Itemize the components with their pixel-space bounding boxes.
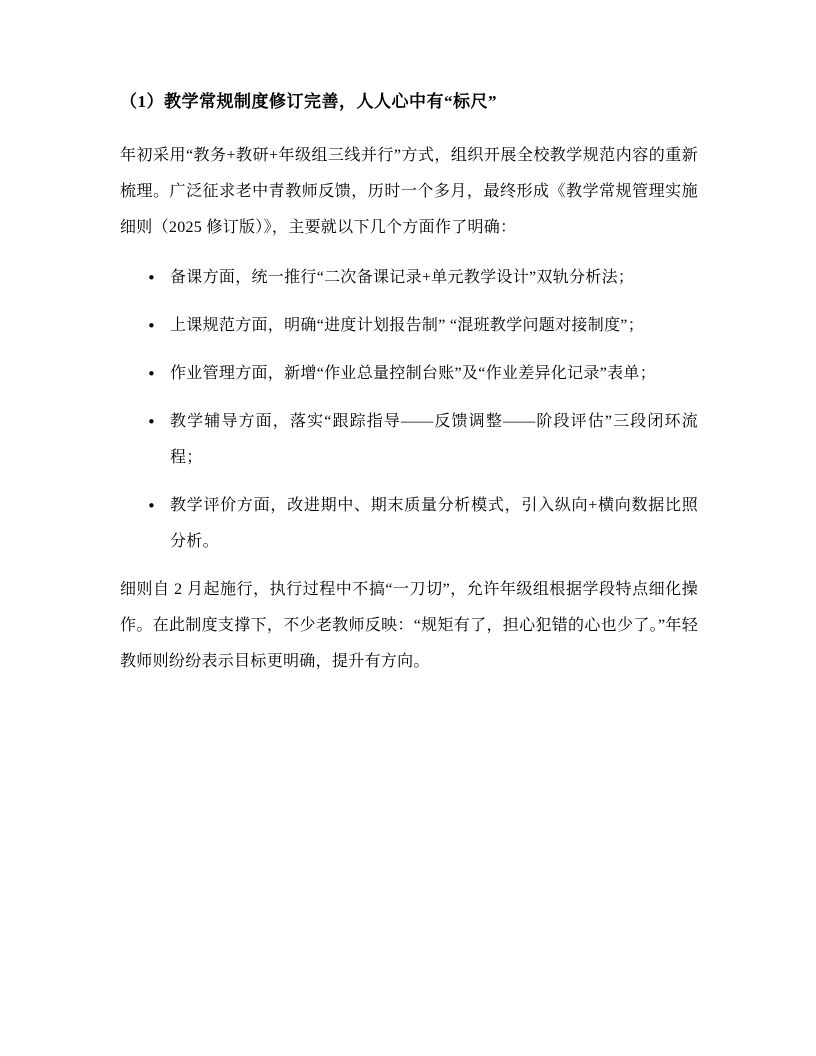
- list-item: • 教学评价方面，改进期中、期末质量分析模式，引入纵向+横向数据比照分析。: [120, 488, 698, 560]
- paragraph-closing: 细则自 2 月起施行，执行过程中不搞“一刀切”，允许年级组根据学段特点细化操作。…: [120, 572, 698, 680]
- bullet-icon: •: [147, 308, 156, 344]
- paragraph-intro: 年初采用“教务+教研+年级组三线并行”方式，组织开展全校教学规范内容的重新梳理。…: [120, 138, 698, 246]
- list-item: • 上课规范方面，明确“进度计划报告制” “混班教学问题对接制度”；: [120, 308, 698, 344]
- bullet-icon: •: [147, 404, 156, 440]
- list-item: • 教学辅导方面，落实“跟踪指导——反馈调整——阶段评估”三段闭环流程；: [120, 404, 698, 476]
- list-item-text: 上课规范方面，明确“进度计划报告制” “混班教学问题对接制度”；: [170, 317, 644, 334]
- bullet-icon: •: [147, 488, 156, 524]
- list-item: • 作业管理方面，新增“作业总量控制台账”及“作业差异化记录”表单；: [120, 356, 698, 392]
- bullet-icon: •: [147, 356, 156, 392]
- bullet-list: • 备课方面，统一推行“二次备课记录+单元教学设计”双轨分析法； • 上课规范方…: [120, 260, 698, 560]
- list-item-text: 作业管理方面，新增“作业总量控制台账”及“作业差异化记录”表单；: [170, 365, 656, 382]
- list-item-text: 教学辅导方面，落实“跟踪指导——反馈调整——阶段评估”三段闭环流程；: [170, 413, 698, 466]
- section-heading: （1）教学常规制度修订完善，人人心中有“标尺”: [120, 88, 698, 116]
- bullet-icon: •: [147, 260, 156, 296]
- list-item-text: 备课方面，统一推行“二次备课记录+单元教学设计”双轨分析法；: [170, 269, 634, 286]
- list-item-text: 教学评价方面，改进期中、期末质量分析模式，引入纵向+横向数据比照分析。: [170, 497, 698, 550]
- list-item: • 备课方面，统一推行“二次备课记录+单元教学设计”双轨分析法；: [120, 260, 698, 296]
- document-page: （1）教学常规制度修订完善，人人心中有“标尺” 年初采用“教务+教研+年级组三线…: [0, 0, 816, 1056]
